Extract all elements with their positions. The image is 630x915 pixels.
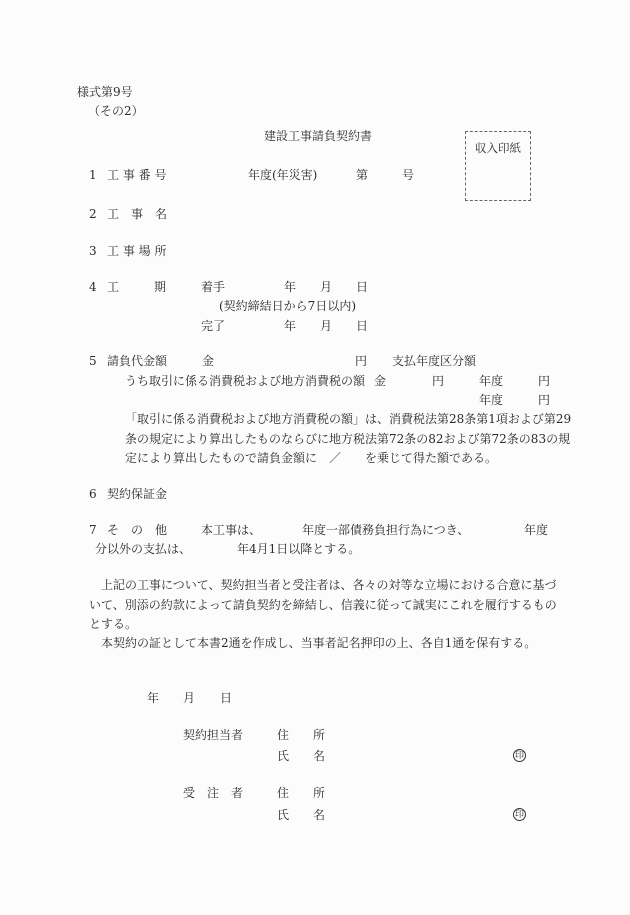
item5-number: 5 (89, 354, 97, 368)
item4-number: 4 (89, 280, 97, 294)
item4-start-year: 年 (284, 280, 296, 294)
item5-explanation-line3: 定により算出したもので請負金額に ／ を乗じて得た額である。 (125, 451, 497, 465)
form-sub-label: （その2） (88, 104, 144, 118)
item3-label: 工 事 場 所 (107, 244, 166, 258)
item5-tax-yen: 円 (432, 374, 444, 388)
signatory1-address-label-a: 住 (277, 728, 289, 742)
item4-end-month: 月 (320, 319, 332, 333)
body-paragraph-line3: とする。 (89, 617, 137, 631)
item4-start-label: 着手 (201, 280, 225, 294)
seal-icon: 印 (513, 808, 526, 821)
item5-tax-line-label: うち取引に係る消費税および地方消費税の額 (125, 374, 365, 388)
item4-start-day: 日 (356, 280, 368, 294)
item5-fy2-yen: 円 (538, 393, 550, 407)
item4-end-day: 日 (356, 319, 368, 333)
item7-text-c: 年度 (524, 523, 548, 537)
revenue-stamp-label: 収入印紙 (466, 141, 530, 155)
signatory1-address-label-b: 所 (313, 728, 325, 742)
item5-yen: 円 (355, 354, 367, 368)
item4-label-b: 期 (154, 280, 166, 294)
item7-text-b: 年度一部債務負担行為につき、 (302, 523, 469, 537)
date-month: 月 (183, 691, 195, 705)
signatory2-role: 受 注 者 (183, 786, 243, 800)
signatory1-name-label-a: 氏 (277, 749, 289, 763)
item7-number: 7 (89, 523, 97, 537)
signatory2-name-label-b: 名 (313, 808, 325, 822)
item6-label: 契約保証金 (107, 487, 167, 501)
date-year: 年 (147, 691, 159, 705)
item5-kin: 金 (202, 354, 214, 368)
item5-label: 請負代金額 (107, 354, 167, 368)
item1-go: 号 (402, 168, 414, 182)
item6-number: 6 (89, 487, 97, 501)
item5-tax-kin: 金 (374, 374, 386, 388)
seal-icon: 印 (513, 749, 526, 762)
date-day: 日 (220, 691, 232, 705)
item5-fy1-yen: 円 (538, 374, 550, 388)
document-title: 建設工事請負契約書 (264, 129, 372, 143)
item5-fy1-year: 年度 (479, 374, 503, 388)
item4-note: (契約締結日から7日以内) (219, 299, 356, 313)
item1-dai: 第 (356, 168, 368, 182)
item7-text-a: 本工事は、 (201, 523, 261, 537)
item1-number: 1 (89, 168, 97, 182)
item4-label-a: 工 (107, 280, 119, 294)
body-paragraph-line2: いて、別添の約款によって請負契約を締結し、信義に従って誠実にこれを履行するもの (89, 598, 557, 612)
form-number: 様式第9号 (77, 85, 133, 99)
signatory1-role: 契約担当者 (183, 728, 243, 742)
body-paragraph-line1: 上記の工事について、契約担当者と受注者は、各々の対等な立場における合意に基づ (89, 578, 557, 592)
item3-number: 3 (89, 244, 97, 258)
item1-year-label: 年度(年災害) (248, 168, 317, 182)
item5-explanation-line1: 「取引に係る消費税および地方消費税の額」は、消費税法第28条第1項および第29 (125, 412, 571, 426)
item5-explanation-line2: 条の規定により算出したものならびに地方税法第72条の82および第72条の83の規 (125, 432, 570, 446)
revenue-stamp-box: 収入印紙 (465, 131, 531, 201)
item2-number: 2 (89, 207, 97, 221)
signatory2-name-label-a: 氏 (277, 808, 289, 822)
item4-end-year: 年 (284, 319, 296, 333)
item7-line2-a: 分以外の支払は、 (95, 542, 191, 556)
item2-label: 工 事 名 (107, 207, 167, 221)
signatory2-address-label-a: 住 (277, 786, 289, 800)
item1-label: 工 事 番 号 (107, 168, 166, 182)
signatory1-name-label-b: 名 (313, 749, 325, 763)
item7-label: そ の 他 (107, 523, 167, 537)
signatory2-address-label-b: 所 (313, 786, 325, 800)
item5-fy2-year: 年度 (479, 393, 503, 407)
body-paragraph-line4: 本契約の証として本書2通を作成し、当事者記名押印の上、各自1通を保有する。 (89, 636, 536, 650)
item7-line2-b: 年4月1日以降とする。 (237, 542, 360, 556)
item5-payment-split-label: 支払年度区分額 (392, 354, 476, 368)
item4-start-month: 月 (320, 280, 332, 294)
item4-end-label: 完了 (201, 319, 225, 333)
